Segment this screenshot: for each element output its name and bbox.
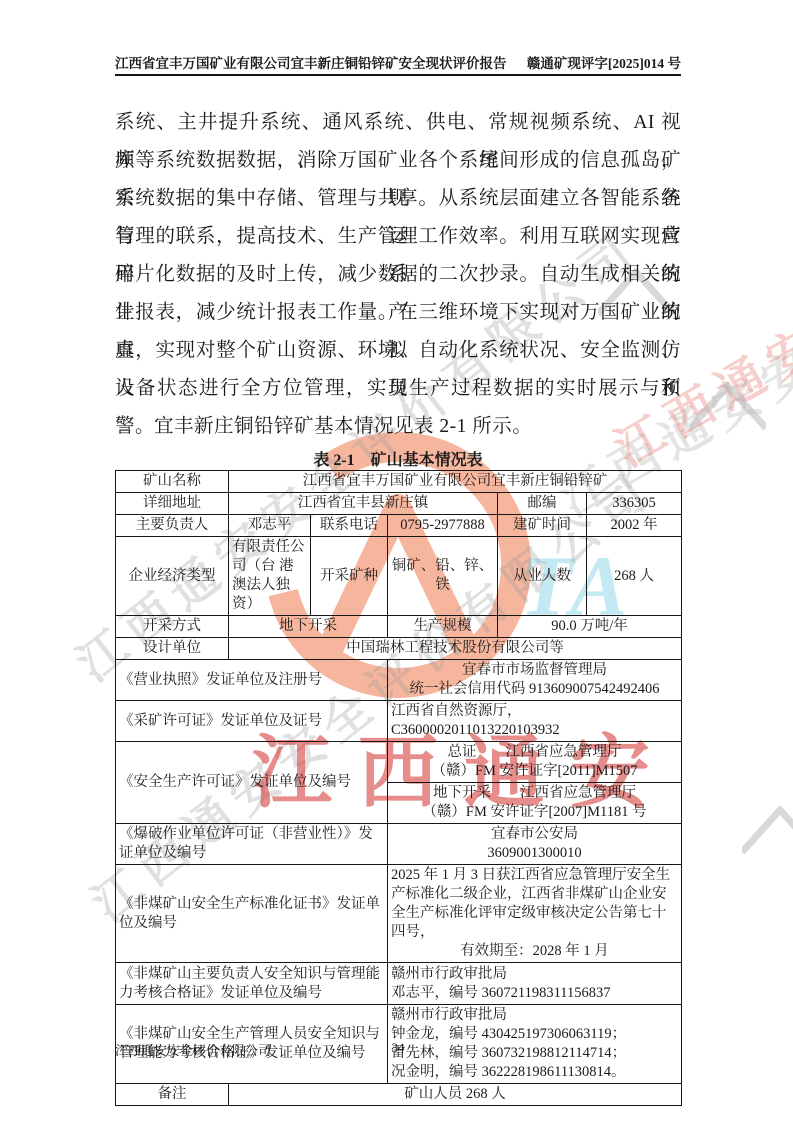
chevron-watermark-icon (742, 806, 793, 856)
blasting-permit-issuer: 宜春市公安局 (391, 825, 678, 844)
managers-cert-number: 钟金龙，编号 430425197306063119； (391, 1025, 678, 1044)
safety-permit-main-number: （赣）FM 安许证字[2011]M1507 (391, 762, 678, 781)
header-rule (115, 74, 681, 76)
table-row: 备注 矿山人员 268 人 (116, 1084, 682, 1106)
production-scale-label: 生产规模 (388, 616, 498, 638)
body-paragraph: 系统、主井提升系统、通风系统、供电、常规视频系统、AI 视频、尾矿 库等系统数据… (115, 104, 681, 446)
production-scale-value: 90.0 万吨/年 (498, 616, 682, 638)
body-line: 库等系统数据数据，消除万国矿业各个系统间形成的信息孤岛，实现各 (115, 142, 681, 180)
table-row: 设计单位 中国瑞林工程技术股份有限公司等 (116, 638, 682, 660)
standardization-cert-value: 2025 年 1 月 3 日获江西省应急管理厅安全生产标准化二级企业，江西省非煤… (388, 865, 682, 963)
table-row: 《采矿许可证》发证单位及证号 江西省自然资源厅，C360000201101322… (116, 701, 682, 742)
built-year-label: 建矿时间 (498, 515, 587, 537)
principal-cert-label: 《非煤矿山主要负责人安全知识与管理能力考核合格证》发证单位及编号 (116, 963, 388, 1005)
body-line: 系统数据的集中存储、管理与共享。从系统层面建立各智能系统与运营 (115, 180, 681, 218)
safety-permit-label: 《安全生产许可证》发证单位及编号 (116, 742, 388, 824)
postcode-label: 邮编 (498, 493, 587, 515)
design-unit-value: 中国瑞林工程技术股份有限公司等 (229, 638, 682, 660)
table-row: 《非煤矿山主要负责人安全知识与管理能力考核合格证》发证单位及编号 赣州市行政审批… (116, 963, 682, 1005)
staff-count-label: 从业人数 (498, 537, 587, 616)
managers-cert-number: 雷先林，编号 360732198812114714； (391, 1044, 678, 1063)
economic-type-label: 企业经济类型 (116, 537, 229, 616)
staff-count-value: 268 人 (587, 537, 682, 616)
remark-value: 矿山人员 268 人 (229, 1084, 682, 1106)
table-row: 《爆破作业单位许可证（非营业性）》发证单位及编号 宜春市公安局 36090013… (116, 824, 682, 865)
safety-permit-underground-number: （赣）FM 安许证字[2007]M1181 号 (391, 803, 678, 822)
business-license-label: 《营业执照》发证单位及注册号 (116, 660, 388, 701)
table-row: 企业经济类型 有限责任公司（台 港澳法人独资） 开采矿种 铜矿、铅、锌、铁 从业… (116, 537, 682, 616)
body-line: 宜丰新庄铜铅锌矿基本情况见表 2-1 所示。 (115, 408, 681, 446)
mining-method-label: 开采方式 (116, 616, 229, 638)
business-license-value: 宜春市市场监督管理局 统一社会信用代码 913609007542492406 (388, 660, 682, 701)
managers-cert-issuer: 赣州市行政审批局 (391, 1006, 678, 1025)
mine-name-value: 江西省宜丰万国矿业有限公司宜丰新庄铜铅锌矿 (229, 471, 682, 493)
ore-type-value: 铜矿、铅、锌、铁 (388, 537, 498, 616)
mining-permit-value: 江西省自然资源厅，C3600002011013220103932 (388, 701, 682, 742)
ore-type-label: 开采矿种 (311, 537, 388, 616)
table-row: 《营业执照》发证单位及注册号 宜春市市场监督管理局 统一社会信用代码 91360… (116, 660, 682, 701)
remark-label: 备注 (116, 1084, 229, 1106)
page-header: 江西省宜丰万国矿业有限公司宜丰新庄铜铅锌矿安全现状评价报告 赣通矿现评字[202… (115, 52, 681, 72)
license-issuer: 宜春市市场监督管理局 (391, 661, 678, 680)
address-value: 江西省宜丰县新庄镇 (229, 493, 498, 515)
principal-cert-number: 邓志平，编号 360721198311156837 (391, 984, 678, 1003)
address-label: 详细地址 (116, 493, 229, 515)
table-row: 《安全生产许可证》发证单位及编号 总证 江西省应急管理厅 （赣）FM 安许证字[… (116, 742, 682, 783)
principal-label: 主要负责人 (116, 515, 229, 537)
mining-permit-label: 《采矿许可证》发证单位及证号 (116, 701, 388, 742)
principal-cert-value: 赣州市行政审批局 邓志平，编号 360721198311156837 (388, 963, 682, 1005)
safety-permit-underground: 地下开采 江西省应急管理厅 （赣）FM 安许证字[2007]M1181 号 (388, 783, 682, 824)
managers-cert-value: 赣州市行政审批局 钟金龙，编号 430425197306063119； 雷先林，… (388, 1005, 682, 1084)
body-line: 计报表，减少统计报表工作量。在三维环境下实现对万国矿业的虚拟仿 (115, 294, 681, 332)
mine-name-label: 矿山名称 (116, 471, 229, 493)
table-row: 主要负责人 邓志平 联系电话 0795-2977888 建矿时间 2002 年 (116, 515, 682, 537)
table-title: 表 2-1 矿山基本情况表 (115, 447, 681, 470)
table-row: 矿山名称 江西省宜丰万国矿业有限公司宜丰新庄铜铅锌矿 (116, 471, 682, 493)
table-row: 开采方式 地下开采 生产规模 90.0 万吨/年 (116, 616, 682, 638)
mine-basic-info-table: 矿山名称 江西省宜丰万国矿业有限公司宜丰新庄铜铅锌矿 详细地址 江西省宜丰县新庄… (115, 470, 682, 1106)
blasting-permit-label: 《爆破作业单位许可证（非营业性）》发证单位及编号 (116, 824, 388, 865)
economic-type-value: 有限责任公司（台 港澳法人独资） (229, 537, 311, 616)
table-row: 《非煤矿山安全生产标准化证书》发证单位及编号 2025 年 1 月 3 日获江西… (116, 865, 682, 963)
chevron-watermark-icon (690, 382, 766, 432)
body-line: 管理的联系，提高技术、生产管理工作效率。利用互联网实现应用系统 (115, 218, 681, 256)
blasting-permit-number: 3609001300010 (391, 844, 678, 863)
safety-permit-underground-issuer: 地下开采 江西省应急管理厅 (391, 784, 678, 803)
built-year-value: 2002 年 (587, 515, 682, 537)
body-line: 真，实现对整个矿山资源、环境、自动化系统状况、安全监测、人员和 (115, 332, 681, 370)
standardization-cert-text: 2025 年 1 月 3 日获江西省应急管理厅安全生产标准化二级企业，江西省非煤… (391, 867, 670, 940)
principal-cert-issuer: 赣州市行政审批局 (391, 965, 678, 984)
managers-cert-number: 况金明，编号 362228198611130814。 (391, 1063, 678, 1082)
blasting-permit-value: 宜春市公安局 3609001300010 (388, 824, 682, 865)
document-page: TA 江西通安安全评价有限公司 江西通安安全评价有限公司 江西通安安全评价有限公… (0, 0, 793, 1122)
body-line: 碎片化数据的及时上传，减少数据的二次抄录。自动生成相关的生产统 (115, 256, 681, 294)
phone-label: 联系电话 (311, 515, 388, 537)
mining-method-value: 地下开采 (229, 616, 388, 638)
safety-permit-main-issuer: 总证 江西省应急管理厅 (391, 743, 678, 762)
credit-code: 统一社会信用代码 913609007542492406 (391, 680, 678, 699)
table-row: 详细地址 江西省宜丰县新庄镇 邮编 336305 (116, 493, 682, 515)
safety-permit-main: 总证 江西省应急管理厅 （赣）FM 安许证字[2011]M1507 (388, 742, 682, 783)
header-report-title: 江西省宜丰万国矿业有限公司宜丰新庄铜铅锌矿安全现状评价报告 (115, 52, 507, 72)
header-doc-number: 赣通矿现评字[2025]014 号 (527, 52, 681, 72)
postcode-value: 336305 (587, 493, 682, 515)
standardization-cert-validity: 有效期至：2028 年 1 月 (391, 942, 678, 961)
standardization-cert-label: 《非煤矿山安全生产标准化证书》发证单位及编号 (116, 865, 388, 963)
body-line: 设备状态进行全方位管理，实现生产过程数据的实时展示与预警。 (115, 370, 681, 408)
phone-value: 0795-2977888 (388, 515, 498, 537)
footer-company-name: 江西通安安全评价有限公司 (115, 1040, 271, 1059)
design-unit-label: 设计单位 (116, 638, 229, 660)
body-line: 系统、主井提升系统、通风系统、供电、常规视频系统、AI 视频、尾矿 (115, 104, 681, 142)
principal-name: 邓志平 (229, 515, 311, 537)
footer-page-number: 34 (392, 1040, 405, 1056)
